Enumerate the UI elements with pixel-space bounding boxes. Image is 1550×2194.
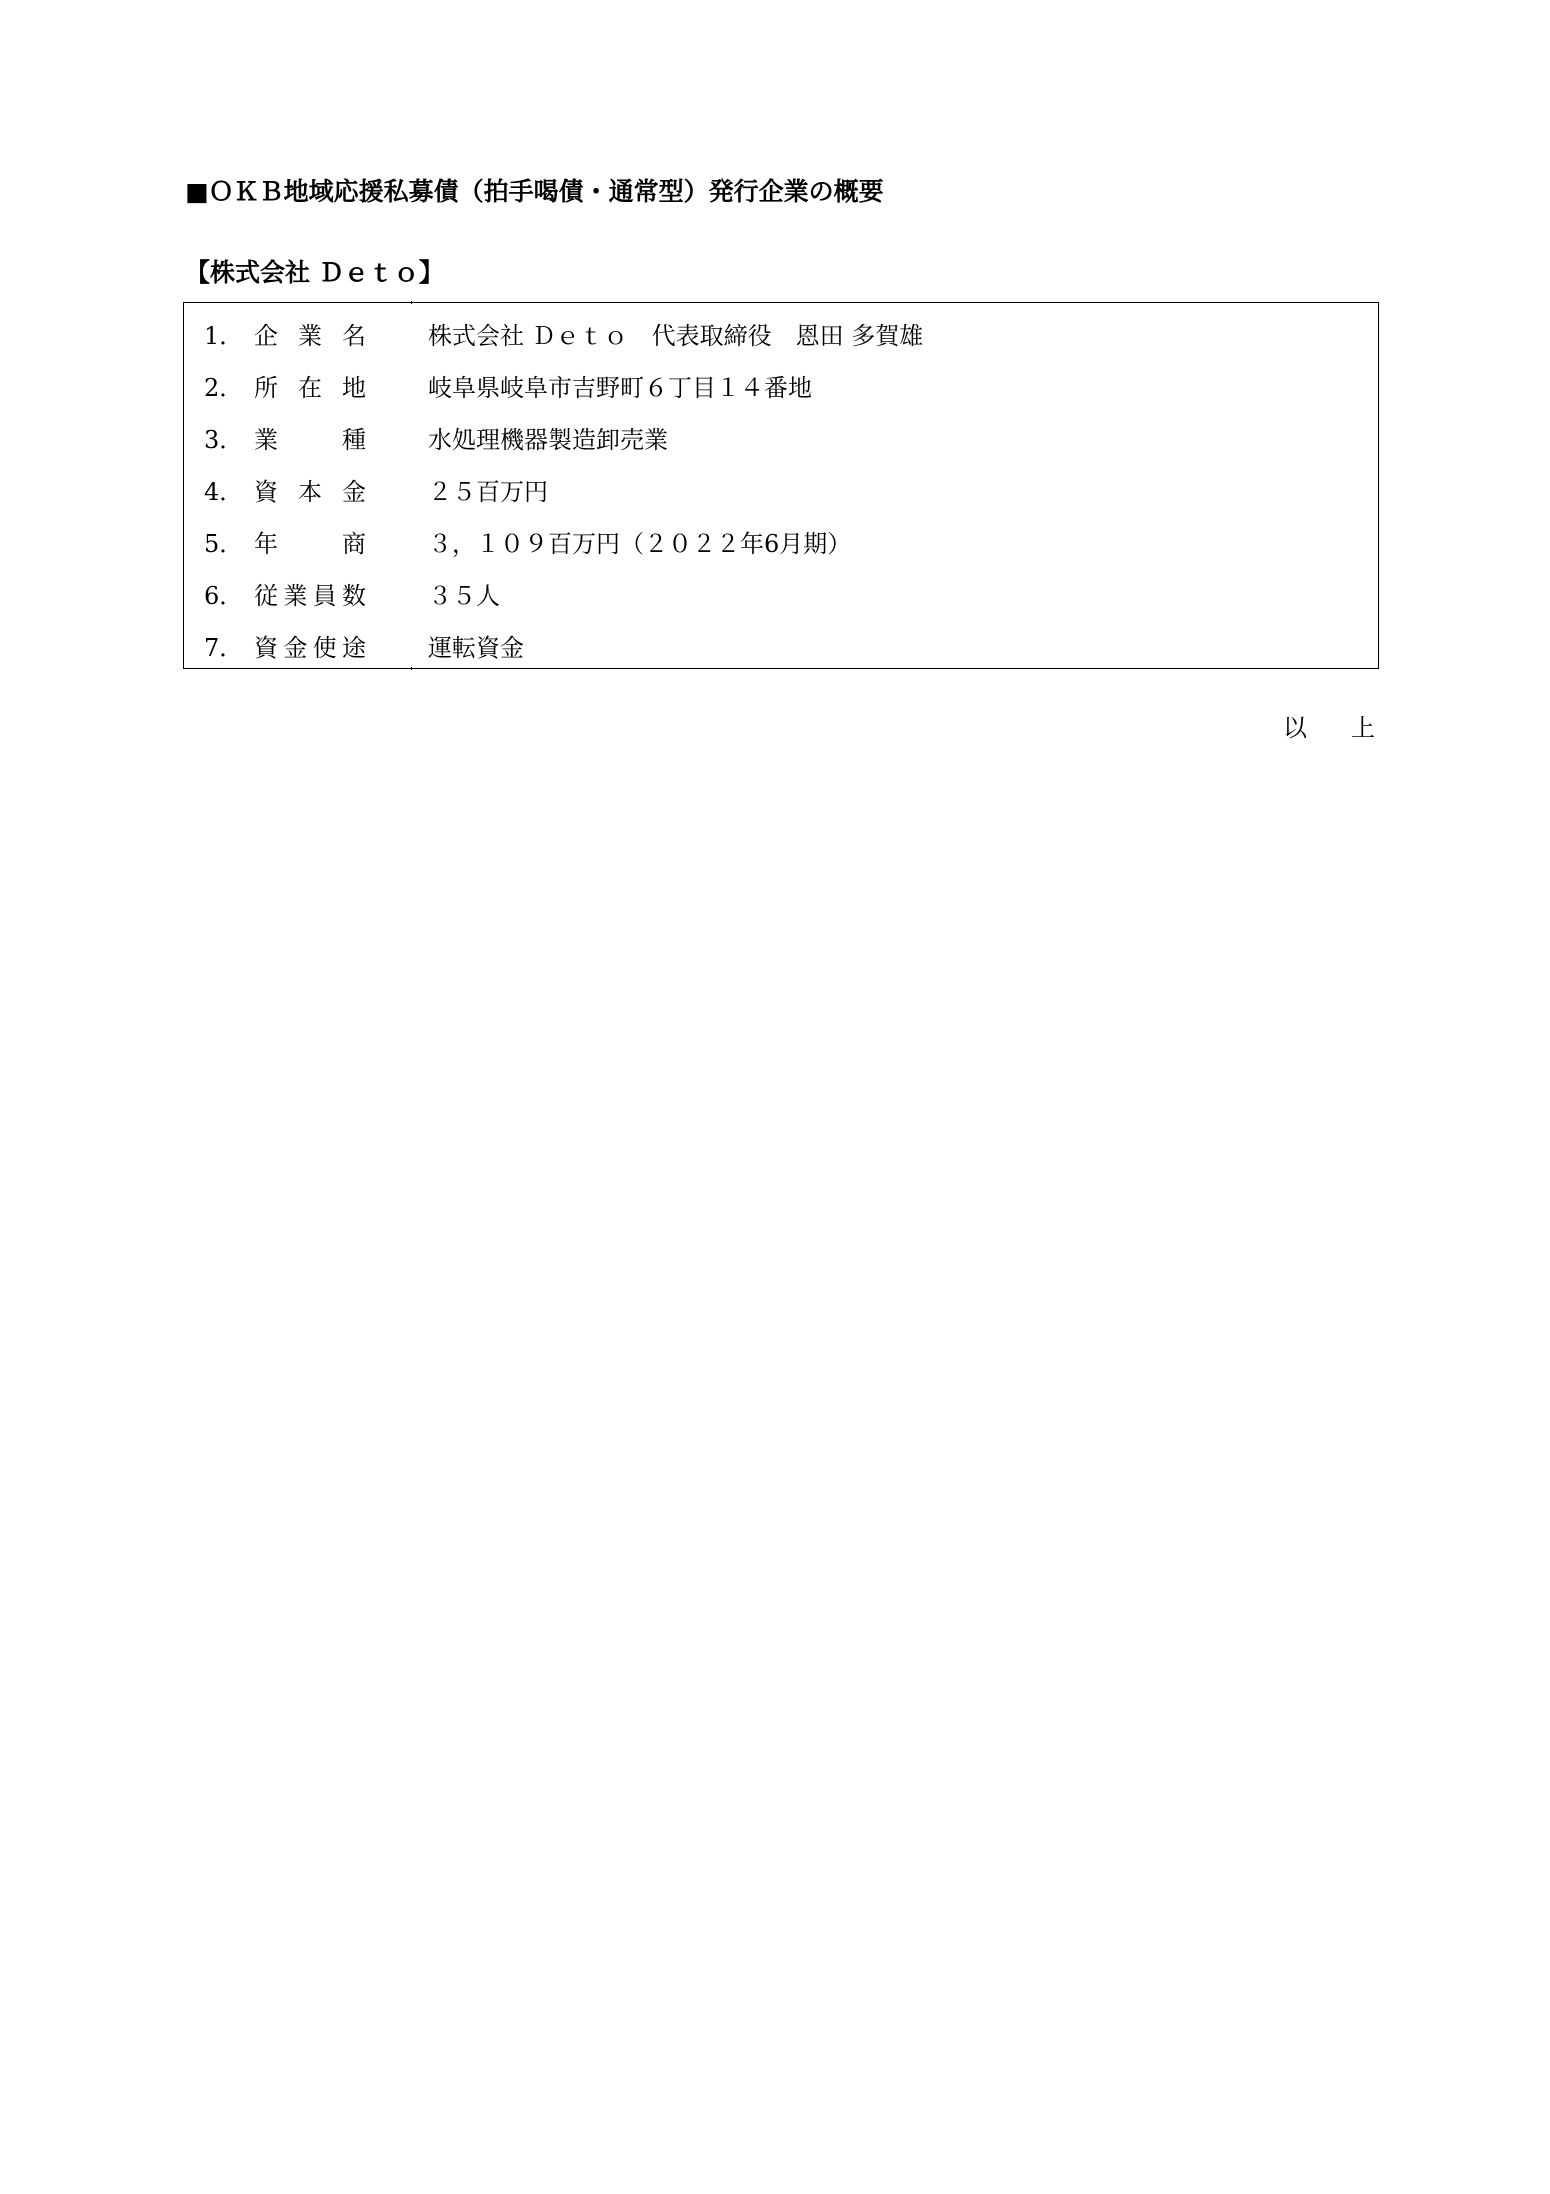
company-heading: 【株式会社 Ｄｅｔｏ】 bbox=[185, 257, 444, 289]
column-divider-tick bbox=[411, 301, 412, 304]
row-number: 5． bbox=[204, 518, 254, 570]
document-title: ■ＯＫＢ地域応援私募債（拍手喝債・通常型）発行企業の概要 bbox=[185, 176, 884, 208]
table-row-industry: 3．業種 水処理機器製造卸売業 bbox=[184, 414, 1378, 466]
table-row-capital: 4．資本金 ２５百万円 bbox=[184, 466, 1378, 518]
row-number: 7． bbox=[204, 622, 254, 674]
row-number: 4． bbox=[204, 466, 254, 518]
row-value: 岐阜県岐阜市吉野町６丁目１４番地 bbox=[428, 362, 812, 414]
row-number: 1． bbox=[204, 310, 254, 362]
row-value: 運転資金 bbox=[428, 622, 524, 674]
row-number: 2． bbox=[204, 362, 254, 414]
row-value: ３，１０９百万円（２０２２年6月期） bbox=[428, 518, 851, 570]
row-value: ２５百万円 bbox=[428, 466, 548, 518]
row-number: 3． bbox=[204, 414, 254, 466]
table-row-fund-use: 7．資金使途 運転資金 bbox=[184, 622, 1378, 674]
table-row-employees: 6．従業員数 ３５人 bbox=[184, 570, 1378, 622]
row-label: 業種 bbox=[254, 414, 366, 466]
company-overview-table: 1．企業名 株式会社 Ｄｅｔｏ 代表取締役 恩田 多賀雄 2．所在地 岐阜県岐阜… bbox=[183, 302, 1379, 669]
row-value: ３５人 bbox=[428, 570, 500, 622]
closing-mark: 以上 bbox=[1283, 712, 1375, 744]
row-value: 水処理機器製造卸売業 bbox=[428, 414, 668, 466]
row-label: 資本金 bbox=[254, 466, 366, 518]
table-row-location: 2．所在地 岐阜県岐阜市吉野町６丁目１４番地 bbox=[184, 362, 1378, 414]
table-row-annual-sales: 5．年商 ３，１０９百万円（２０２２年6月期） bbox=[184, 518, 1378, 570]
row-label: 資金使途 bbox=[254, 622, 366, 674]
row-label: 企業名 bbox=[254, 310, 366, 362]
row-label: 所在地 bbox=[254, 362, 366, 414]
row-label: 従業員数 bbox=[254, 570, 366, 622]
row-number: 6． bbox=[204, 570, 254, 622]
table-row-company-name: 1．企業名 株式会社 Ｄｅｔｏ 代表取締役 恩田 多賀雄 bbox=[184, 310, 1378, 362]
row-value: 株式会社 Ｄｅｔｏ 代表取締役 恩田 多賀雄 bbox=[428, 310, 923, 362]
row-label: 年商 bbox=[254, 518, 366, 570]
